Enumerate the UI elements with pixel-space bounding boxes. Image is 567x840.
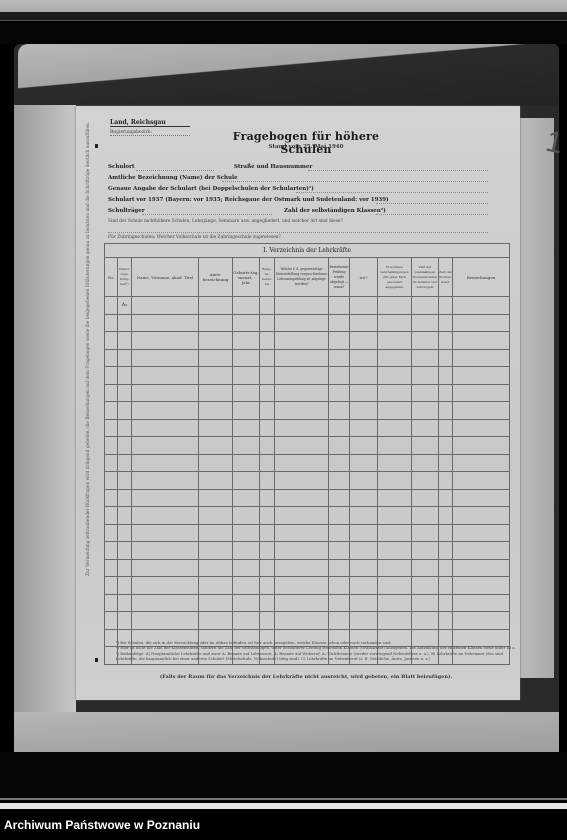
footnotes: ¹) Bei Schulen, die sich in der Entwickl… [116, 640, 516, 662]
table-cell[interactable] [378, 524, 412, 542]
table-cell[interactable] [275, 419, 329, 437]
table-cell[interactable] [132, 297, 199, 315]
table-cell[interactable] [453, 577, 510, 595]
table-cell[interactable] [350, 594, 378, 612]
table-cell[interactable] [329, 542, 350, 560]
table-cell[interactable] [350, 349, 378, 367]
table-cell[interactable] [412, 612, 439, 630]
table-cell[interactable] [329, 419, 350, 437]
table-cell[interactable] [118, 437, 132, 455]
table-cell[interactable] [412, 314, 439, 332]
table-cell[interactable] [105, 559, 118, 577]
table-cell[interactable] [275, 577, 329, 595]
table-cell[interactable] [105, 402, 118, 420]
table-cell[interactable] [378, 454, 412, 472]
table-cell[interactable] [260, 367, 275, 385]
table-cell[interactable] [260, 489, 275, 507]
table-cell[interactable] [378, 297, 412, 315]
table-cell[interactable] [453, 297, 510, 315]
table-cell[interactable] [118, 594, 132, 612]
table-cell[interactable] [105, 349, 118, 367]
table-cell[interactable] [439, 612, 453, 630]
table-cell[interactable] [118, 367, 132, 385]
field-nichthoehere: Sind der Schule nichthöhere Schulen, Leh… [108, 219, 343, 224]
table-cell[interactable] [132, 349, 199, 367]
table-cell[interactable] [275, 349, 329, 367]
table-cell[interactable] [105, 419, 118, 437]
table-cell[interactable] [439, 577, 453, 595]
field-schulart: Genaue Angabe der Schulart (bei Doppelsc… [108, 186, 314, 192]
table-cell[interactable] [105, 594, 118, 612]
table-cell[interactable] [329, 559, 350, 577]
table-row [105, 612, 510, 630]
table-cell[interactable] [329, 437, 350, 455]
table-cell[interactable] [233, 419, 260, 437]
table-cell[interactable] [118, 542, 132, 560]
table-cell[interactable] [132, 454, 199, 472]
table-row [105, 507, 510, 525]
table-cell[interactable] [378, 594, 412, 612]
table-cell[interactable] [233, 472, 260, 490]
table-cell[interactable] [105, 577, 118, 595]
table-cell[interactable] [439, 489, 453, 507]
table-cell[interactable] [118, 419, 132, 437]
table-cell[interactable] [233, 384, 260, 402]
table-cell[interactable] [350, 454, 378, 472]
table-cell[interactable] [453, 472, 510, 490]
table-cell[interactable] [412, 384, 439, 402]
table-cell[interactable] [412, 542, 439, 560]
table-cell[interactable] [329, 472, 350, 490]
table-cell[interactable] [329, 489, 350, 507]
table-cell[interactable] [118, 612, 132, 630]
table-cell[interactable] [105, 297, 118, 315]
table-cell[interactable] [329, 507, 350, 525]
field-zubringer: Für Zubringeschulen: Welcher Volksschule… [108, 235, 281, 240]
film-edge-bottom [0, 752, 567, 802]
table-cell[interactable] [350, 559, 378, 577]
table-cell[interactable] [453, 437, 510, 455]
table-cell[interactable] [118, 454, 132, 472]
archive-footer: Archiwum Państwowe w Poznaniu [0, 810, 567, 840]
table-cell[interactable] [275, 314, 329, 332]
table-cell[interactable] [439, 507, 453, 525]
table-cell[interactable] [260, 577, 275, 595]
table-cell[interactable] [378, 577, 412, 595]
table-cell[interactable] [105, 454, 118, 472]
table-cell[interactable] [132, 612, 199, 630]
table-cell[interactable] [275, 559, 329, 577]
margin-mark-bottom [95, 658, 98, 662]
table-cell[interactable] [260, 297, 275, 315]
regierungsbezirk-label: Regierungsbezirk: [110, 130, 190, 136]
table-cell[interactable] [199, 454, 233, 472]
table-cell[interactable] [275, 367, 329, 385]
amtliche-line[interactable] [222, 181, 488, 182]
table-cell[interactable] [275, 297, 329, 315]
table-cell[interactable] [453, 454, 510, 472]
table-cell[interactable] [118, 577, 132, 595]
klassen-line[interactable] [376, 214, 488, 215]
table-cell[interactable] [275, 437, 329, 455]
table-cell[interactable] [378, 314, 412, 332]
table-cell[interactable] [132, 507, 199, 525]
table-cell[interactable] [199, 577, 233, 595]
table-cell[interactable] [233, 542, 260, 560]
table-cell[interactable] [412, 332, 439, 350]
table-cell[interactable] [132, 437, 199, 455]
table-cell[interactable] [378, 472, 412, 490]
table-cell[interactable] [350, 524, 378, 542]
table-cell[interactable] [199, 437, 233, 455]
table-cell[interactable] [199, 297, 233, 315]
table-cell[interactable] [453, 524, 510, 542]
table-cell[interactable] [329, 384, 350, 402]
table-cell[interactable] [199, 612, 233, 630]
table-cell[interactable] [350, 419, 378, 437]
table-cell[interactable] [199, 559, 233, 577]
table-cell[interactable] [233, 314, 260, 332]
table-cell[interactable] [378, 384, 412, 402]
table-cell[interactable] [350, 577, 378, 595]
field-schultraeger: Schulträger [108, 208, 145, 214]
table-cell[interactable] [350, 489, 378, 507]
folded-paper-top [18, 44, 558, 106]
table-cell[interactable] [378, 507, 412, 525]
table-cell[interactable] [260, 349, 275, 367]
table-cell[interactable] [378, 332, 412, 350]
table-cell[interactable] [453, 402, 510, 420]
table-cell[interactable] [439, 454, 453, 472]
col-zahl-wochenstunden: Zahl der Wochen-stund. [439, 258, 453, 297]
strasse-line[interactable] [308, 170, 488, 171]
schulart-line[interactable] [296, 192, 488, 193]
paper-right-margin [518, 118, 554, 678]
teachers-table: I. Verzeichnis der Lehrkräfte Nr. Dienst… [104, 243, 510, 665]
table-cell[interactable] [118, 314, 132, 332]
table-cell[interactable] [260, 419, 275, 437]
table-cell[interactable] [105, 612, 118, 630]
table-cell[interactable] [275, 454, 329, 472]
field-klassen: Zahl der selbständigen Klassen²) [284, 208, 386, 214]
table-cell[interactable] [233, 349, 260, 367]
table-cell[interactable] [199, 384, 233, 402]
table-cell[interactable] [132, 594, 199, 612]
table-cell[interactable] [233, 524, 260, 542]
table-cell[interactable] [350, 314, 378, 332]
table-cell[interactable] [378, 402, 412, 420]
table-cell[interactable] [118, 489, 132, 507]
table-cell[interactable] [453, 384, 510, 402]
table-cell[interactable] [132, 332, 199, 350]
table-cell[interactable] [132, 559, 199, 577]
table-cell[interactable] [275, 332, 329, 350]
table-cell[interactable] [132, 314, 199, 332]
field-amtliche-bezeichnung: Amtliche Bezeichnung (Name) der Schule [108, 175, 238, 181]
table-cell[interactable] [118, 402, 132, 420]
table-cell[interactable] [132, 524, 199, 542]
table-cell[interactable] [453, 612, 510, 630]
table-cell[interactable] [439, 437, 453, 455]
table-cell[interactable] [329, 577, 350, 595]
table-cell[interactable] [378, 559, 412, 577]
row-label-a1[interactable]: A₁ [118, 297, 132, 315]
table-cell[interactable] [105, 507, 118, 525]
table-cell[interactable] [105, 332, 118, 350]
table-cell[interactable] [412, 507, 439, 525]
margin-mark-top [95, 144, 98, 148]
table-cell[interactable] [260, 454, 275, 472]
table-cell[interactable] [350, 507, 378, 525]
table-cell[interactable] [132, 419, 199, 437]
table-cell[interactable] [260, 612, 275, 630]
table-cell[interactable] [378, 349, 412, 367]
table-caption: I. Verzeichnis der Lehrkräfte [105, 244, 510, 258]
table-cell[interactable] [260, 472, 275, 490]
table-cell[interactable] [199, 367, 233, 385]
col-pruefung-wann: Bestehende Prüfung wurde abgelegt — wann… [329, 258, 350, 297]
table-cell[interactable] [118, 507, 132, 525]
table-cell[interactable] [329, 612, 350, 630]
table-cell[interactable] [378, 542, 412, 560]
table-cell[interactable] [439, 367, 453, 385]
table-cell[interactable] [329, 367, 350, 385]
col-bemerkungen: Bemerkungen [453, 258, 510, 297]
table-cell[interactable] [199, 419, 233, 437]
table-cell[interactable] [260, 542, 275, 560]
table-cell[interactable] [275, 507, 329, 525]
table-cell[interactable] [329, 332, 350, 350]
table-cell[interactable] [350, 437, 378, 455]
table-cell[interactable] [350, 542, 378, 560]
table-cell[interactable] [453, 507, 510, 525]
table-cell[interactable] [439, 419, 453, 437]
table-cell[interactable] [275, 612, 329, 630]
table-cell[interactable] [412, 524, 439, 542]
table-cell[interactable] [233, 594, 260, 612]
table-cell[interactable] [199, 402, 233, 420]
table-cell[interactable] [118, 559, 132, 577]
table-cell[interactable] [378, 489, 412, 507]
table-row [105, 367, 510, 385]
table-row [105, 524, 510, 542]
table-cell[interactable] [260, 314, 275, 332]
field-strasse: Straße und Hausnummer [234, 164, 312, 170]
table-cell[interactable] [118, 472, 132, 490]
table-cell[interactable] [260, 402, 275, 420]
table-cell[interactable] [275, 384, 329, 402]
table-cell[interactable] [132, 384, 199, 402]
table-cell[interactable] [199, 314, 233, 332]
table-cell[interactable] [199, 594, 233, 612]
table-cell[interactable] [412, 472, 439, 490]
table-row [105, 454, 510, 472]
table-cell[interactable] [453, 314, 510, 332]
field-schulort: Schulort [108, 164, 135, 170]
table-row [105, 349, 510, 367]
table-cell[interactable] [439, 332, 453, 350]
table-cell[interactable] [233, 437, 260, 455]
table-cell[interactable] [453, 559, 510, 577]
table-cell[interactable] [439, 314, 453, 332]
paper-left-margin [14, 105, 76, 715]
table-cell[interactable] [233, 297, 260, 315]
col-lehramtspruefung: Welche f. d. gegenwärtige Dienststellung… [275, 258, 329, 297]
table-cell[interactable] [329, 314, 350, 332]
schulort-line[interactable] [136, 170, 214, 171]
table-cell[interactable] [350, 332, 378, 350]
table-cell[interactable] [132, 542, 199, 560]
table-cell[interactable] [132, 367, 199, 385]
table-cell[interactable] [350, 402, 378, 420]
table-cell[interactable] [105, 367, 118, 385]
table-cell[interactable] [453, 542, 510, 560]
table-cell[interactable] [439, 559, 453, 577]
table-cell[interactable] [439, 542, 453, 560]
table-cell[interactable] [412, 367, 439, 385]
table-cell[interactable] [453, 419, 510, 437]
table-cell[interactable] [412, 577, 439, 595]
table-cell[interactable] [439, 402, 453, 420]
table-cell[interactable] [453, 332, 510, 350]
table-cell[interactable] [412, 349, 439, 367]
table-cell[interactable] [329, 349, 350, 367]
table-cell[interactable] [275, 542, 329, 560]
table-cell[interactable] [329, 524, 350, 542]
col-name: Name, Vorname, akad. Titel [132, 258, 199, 297]
table-cell[interactable] [105, 437, 118, 455]
table-cell[interactable] [233, 559, 260, 577]
table-cell[interactable] [412, 437, 439, 455]
table-cell[interactable] [329, 297, 350, 315]
table-cell[interactable] [199, 472, 233, 490]
table-cell[interactable] [439, 524, 453, 542]
table-row [105, 489, 510, 507]
table-cell[interactable] [439, 472, 453, 490]
archive-name: Archiwum Państwowe w Poznaniu [4, 818, 200, 832]
table-cell[interactable] [378, 367, 412, 385]
table-cell[interactable] [260, 384, 275, 402]
schulart-1937-line[interactable] [376, 203, 488, 204]
table-row [105, 594, 510, 612]
table-cell[interactable] [412, 419, 439, 437]
table-cell[interactable] [412, 454, 439, 472]
table-cell[interactable] [199, 349, 233, 367]
table-cell[interactable] [260, 594, 275, 612]
table-cell[interactable] [260, 559, 275, 577]
nichthoehere-line[interactable] [108, 232, 488, 233]
table-cell[interactable] [350, 367, 378, 385]
table-cell[interactable] [260, 507, 275, 525]
table-cell[interactable] [412, 297, 439, 315]
table-cell[interactable] [199, 489, 233, 507]
table-cell[interactable] [260, 437, 275, 455]
table-cell[interactable] [118, 524, 132, 542]
table-cell[interactable] [350, 612, 378, 630]
table-cell[interactable] [378, 437, 412, 455]
table-cell[interactable] [412, 594, 439, 612]
table-cell[interactable] [233, 402, 260, 420]
table-cell[interactable] [105, 314, 118, 332]
table-cell[interactable] [350, 384, 378, 402]
table-cell[interactable] [132, 402, 199, 420]
table-cell[interactable] [233, 577, 260, 595]
col-amtsbezeichnung: Amts-bezeichnung [199, 258, 233, 297]
table-cell[interactable] [118, 384, 132, 402]
table-cell[interactable] [275, 402, 329, 420]
table-cell[interactable] [439, 384, 453, 402]
table-cell[interactable] [233, 612, 260, 630]
side-instruction: Zur Vermeidung zeitraubender Rückfragen … [86, 16, 91, 576]
table-cell[interactable] [453, 367, 510, 385]
table-cell[interactable] [105, 489, 118, 507]
table-cell[interactable] [412, 559, 439, 577]
table-cell[interactable] [378, 612, 412, 630]
table-cell[interactable] [439, 349, 453, 367]
table-cell[interactable] [105, 542, 118, 560]
table-cell[interactable] [233, 507, 260, 525]
table-cell[interactable] [233, 489, 260, 507]
table-cell[interactable] [199, 507, 233, 525]
table-cell[interactable] [132, 489, 199, 507]
table-cell[interactable] [260, 524, 275, 542]
land-reichsgau-label: Land, Reichsgau [110, 119, 190, 127]
table-row: A₁ [105, 297, 510, 315]
table-row [105, 542, 510, 560]
table-cell[interactable] [275, 594, 329, 612]
table-cell[interactable] [329, 402, 350, 420]
table-cell[interactable] [412, 402, 439, 420]
table-cell[interactable] [233, 454, 260, 472]
schultraeger-line[interactable] [142, 214, 272, 215]
table-cell[interactable] [260, 332, 275, 350]
col-dienstzugehoerigkeit: Dienst-zuge-hörig-keit³) [118, 258, 132, 297]
table-cell[interactable] [350, 472, 378, 490]
table-cell[interactable] [329, 454, 350, 472]
document-title: Fragebogen für höhere Schulen [206, 130, 406, 156]
table-cell[interactable] [105, 472, 118, 490]
document-subtitle: Stand vom 25. Mai 1940 [206, 144, 406, 150]
table-cell[interactable] [105, 524, 118, 542]
col-wochenstunden: Zahl der planmäßigen Wochenstunden im So… [412, 258, 439, 297]
table-cell[interactable] [453, 349, 510, 367]
table-cell[interactable] [453, 489, 510, 507]
table-cell[interactable] [118, 349, 132, 367]
table-cell[interactable] [132, 472, 199, 490]
table-cell[interactable] [412, 489, 439, 507]
table-cell[interactable] [439, 297, 453, 315]
table-cell[interactable] [378, 419, 412, 437]
table-cell[interactable] [199, 542, 233, 560]
table-cell[interactable] [132, 577, 199, 595]
table-cell[interactable] [233, 332, 260, 350]
table-cell[interactable] [105, 384, 118, 402]
table-cell[interactable] [275, 524, 329, 542]
table-cell[interactable] [275, 472, 329, 490]
table-cell[interactable] [453, 594, 510, 612]
table-cell[interactable] [233, 367, 260, 385]
table-cell[interactable] [350, 297, 378, 315]
table-cell[interactable] [275, 489, 329, 507]
table-row [105, 559, 510, 577]
table-cell[interactable] [199, 524, 233, 542]
table-cell[interactable] [199, 332, 233, 350]
table-cell[interactable] [439, 594, 453, 612]
footnote-3: ³) Reihenfolge: A) Hauptamtliche Lehrkrä… [116, 651, 516, 662]
table-cell[interactable] [118, 332, 132, 350]
table-row [105, 472, 510, 490]
table-cell[interactable] [329, 594, 350, 612]
